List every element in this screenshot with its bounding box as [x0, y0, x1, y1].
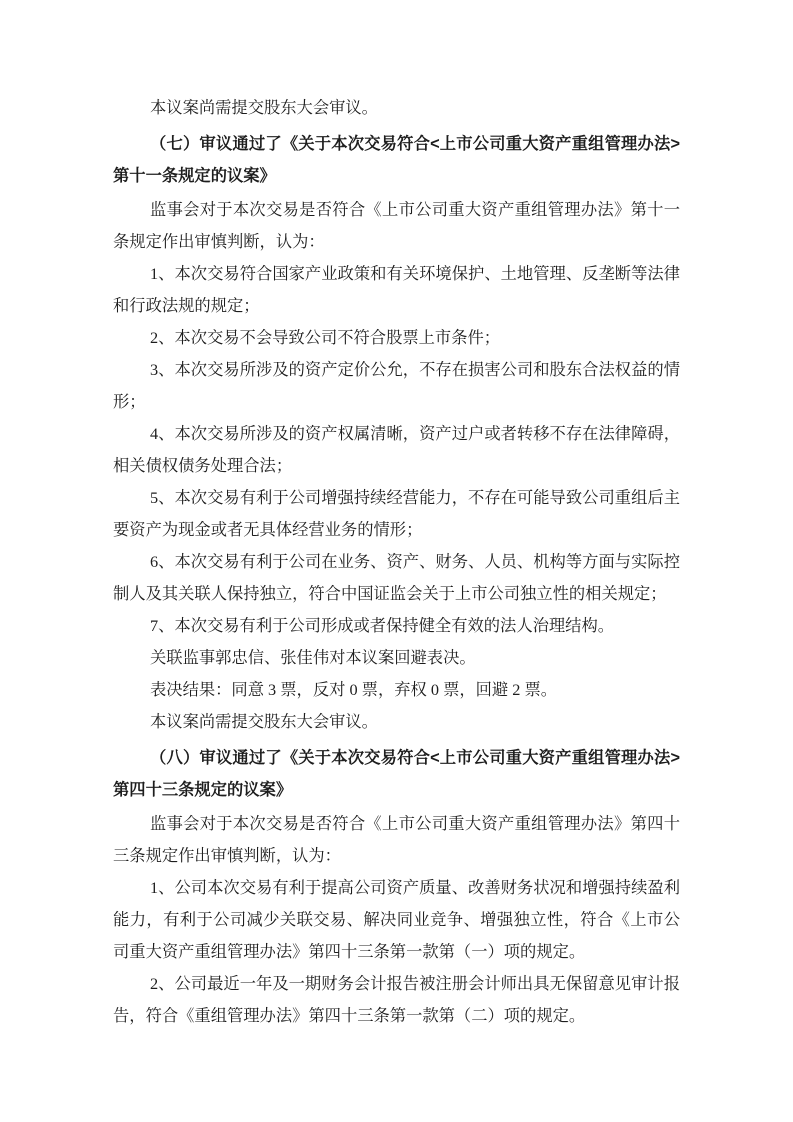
- section-heading: （七）审议通过了《关于本次交易符合<上市公司重大资产重组管理办法>第十一条规定的…: [113, 128, 680, 192]
- paragraph: 监事会对于本次交易是否符合《上市公司重大资产重组管理办法》第十一条规定作出审慎判…: [113, 194, 680, 258]
- paragraph: 表决结果：同意 3 票，反对 0 票，弃权 0 票，回避 2 票。: [113, 674, 680, 706]
- paragraph: 4、本次交易所涉及的资产权属清晰，资产过户或者转移不存在法律障碍，相关债权债务处…: [113, 418, 680, 482]
- paragraph: 1、本次交易符合国家产业政策和有关环境保护、土地管理、反垄断等法律和行政法规的规…: [113, 258, 680, 322]
- document-page: 本议案尚需提交股东大会审议。（七）审议通过了《关于本次交易符合<上市公司重大资产…: [0, 0, 793, 1122]
- paragraph: 监事会对于本次交易是否符合《上市公司重大资产重组管理办法》第四十三条规定作出审慎…: [113, 808, 680, 872]
- paragraph: 5、本次交易有利于公司增强持续经营能力，不存在可能导致公司重组后主要资产为现金或…: [113, 482, 680, 546]
- paragraph: 7、本次交易有利于公司形成或者保持健全有效的法人治理结构。: [113, 610, 680, 642]
- paragraph: 2、本次交易不会导致公司不符合股票上市条件；: [113, 322, 680, 354]
- paragraph: 3、本次交易所涉及的资产定价公允，不存在损害公司和股东合法权益的情形；: [113, 354, 680, 418]
- paragraph: 本议案尚需提交股东大会审议。: [113, 92, 680, 124]
- section-heading: （八）审议通过了《关于本次交易符合<上市公司重大资产重组管理办法>第四十三条规定…: [113, 742, 680, 806]
- paragraph: 2、公司最近一年及一期财务会计报告被注册会计师出具无保留意见审计报告，符合《重组…: [113, 968, 680, 1032]
- paragraph: 1、公司本次交易有利于提高公司资产质量、改善财务状况和增强持续盈利能力，有利于公…: [113, 872, 680, 968]
- document-body: 本议案尚需提交股东大会审议。（七）审议通过了《关于本次交易符合<上市公司重大资产…: [113, 92, 680, 1032]
- paragraph: 关联监事郭忠信、张佳伟对本议案回避表决。: [113, 642, 680, 674]
- paragraph: 本议案尚需提交股东大会审议。: [113, 706, 680, 738]
- paragraph: 6、本次交易有利于公司在业务、资产、财务、人员、机构等方面与实际控制人及其关联人…: [113, 546, 680, 610]
